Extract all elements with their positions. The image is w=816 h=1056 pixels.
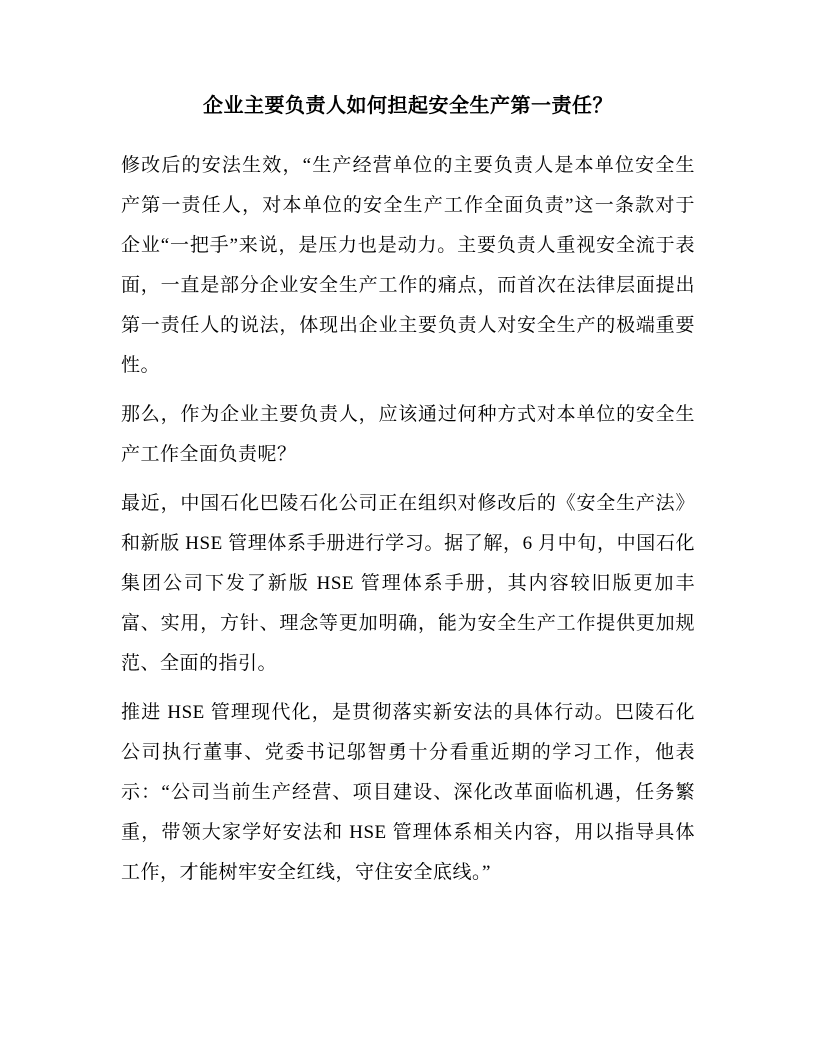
paragraph-3: 最近，中国石化巴陵石化公司正在组织对修改后的《安全生产法》和新版 HSE 管理体…: [121, 484, 695, 684]
document-page: 企业主要负责人如何担起安全生产第一责任？ 修改后的安法生效，“生产经营单位的主要…: [0, 0, 816, 1056]
paragraph-2: 那么，作为企业主要负责人，应该通过何种方式对本单位的安全生产工作全面负责呢？: [121, 395, 695, 475]
paragraph-4: 推进 HSE 管理现代化，是贯彻落实新安法的具体行动。巴陵石化公司执行董事、党委…: [121, 693, 695, 893]
document-title: 企业主要负责人如何担起安全生产第一责任？: [121, 86, 695, 126]
paragraph-1: 修改后的安法生效，“生产经营单位的主要负责人是本单位安全生产第一责任人，对本单位…: [121, 146, 695, 386]
